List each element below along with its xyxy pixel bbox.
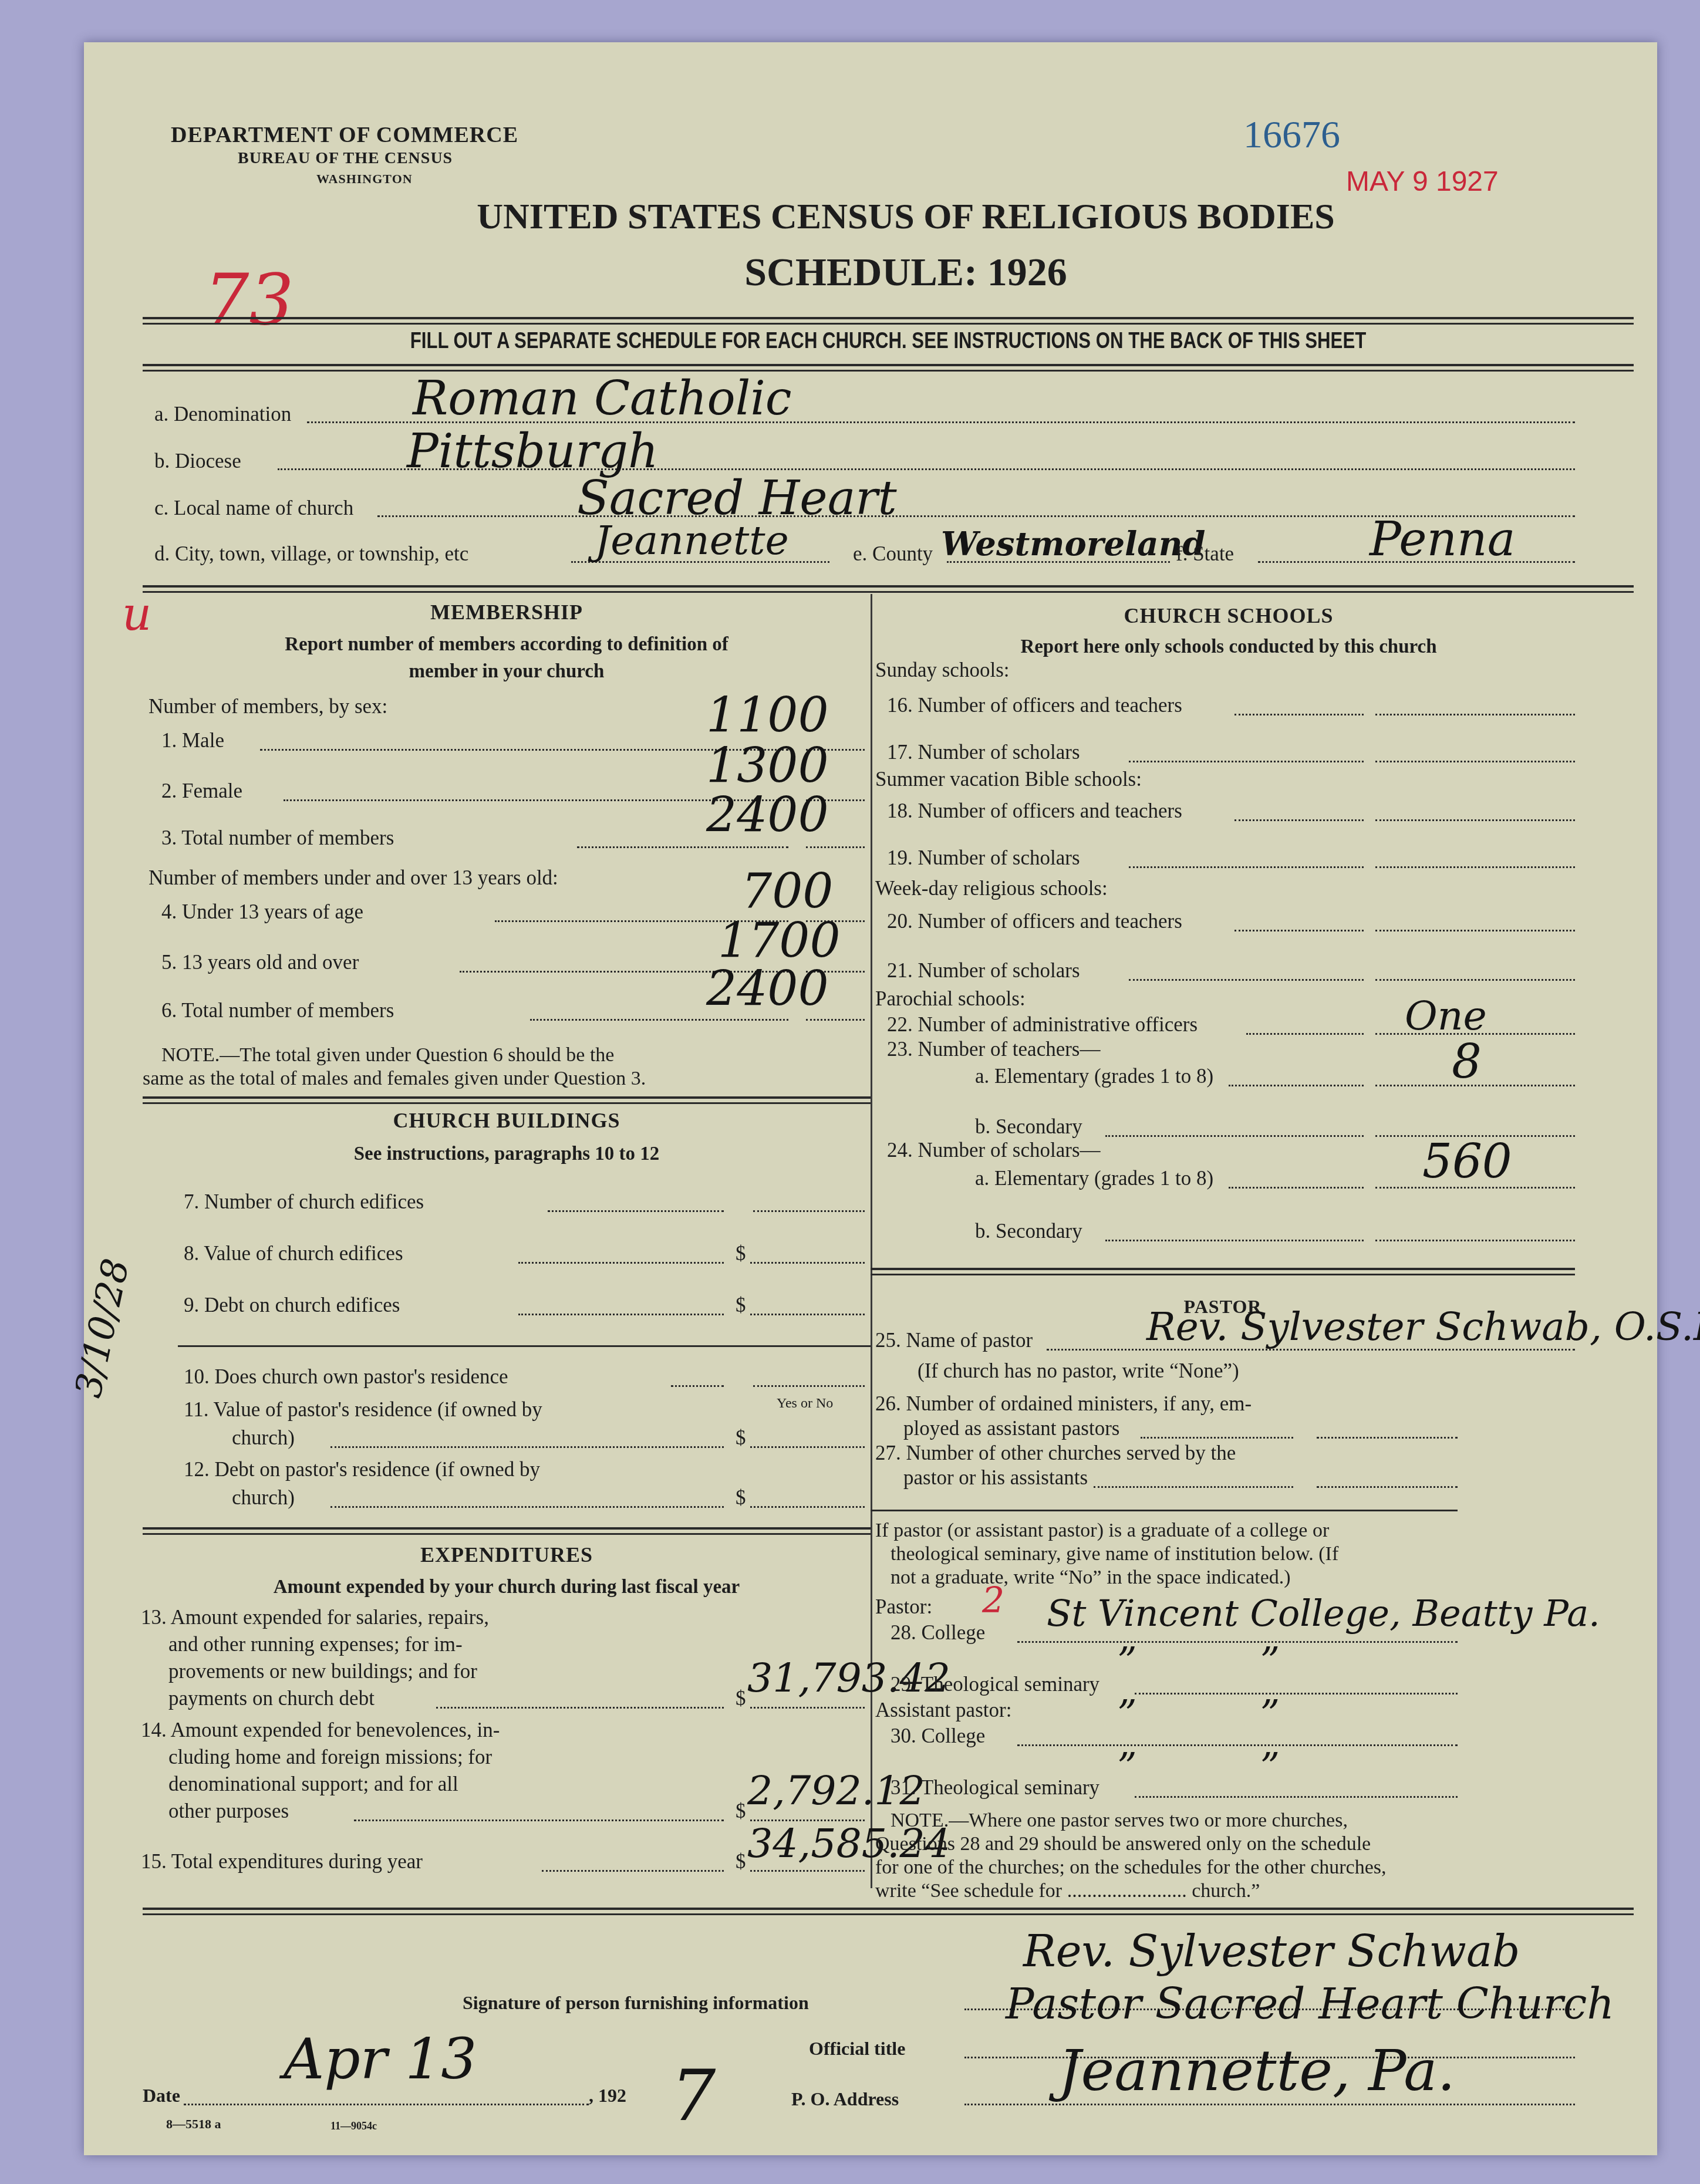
dotted-line xyxy=(806,1019,865,1021)
q23a-value[interactable]: 8 xyxy=(1452,1034,1482,1089)
dotted-line xyxy=(1105,1135,1364,1137)
dotted-line xyxy=(750,1870,865,1872)
q13-label-2: and other running expenses; for im- xyxy=(168,1633,463,1656)
graduate-instruction-3: not a graduate, write “No” in the space … xyxy=(891,1566,1291,1589)
q25-label: 25. Name of pastor xyxy=(875,1329,1033,1352)
print-number: 11—9054c xyxy=(330,2120,377,2132)
dotted-line xyxy=(518,1314,724,1315)
pastor-note-2: Questions 28 and 29 should be answered o… xyxy=(875,1832,1371,1856)
q27-field[interactable] xyxy=(1317,1486,1458,1488)
dollar-sign: $ xyxy=(736,1426,746,1450)
dotted-line xyxy=(1234,819,1364,821)
dotted-line xyxy=(1105,1240,1364,1241)
pastor-subhead: Pastor: xyxy=(875,1595,932,1619)
q9-field[interactable] xyxy=(750,1314,865,1315)
q22-label: 22. Number of administrative officers xyxy=(887,1013,1198,1037)
denomination-label: a. Denomination xyxy=(154,403,291,426)
date-field[interactable]: Apr 13 xyxy=(284,2026,477,2092)
pastor-seminary-field[interactable]: ” ” xyxy=(1117,1639,1280,1684)
divider xyxy=(143,317,1634,319)
signature-label: Signature of person furnishing informati… xyxy=(463,1992,809,2014)
male-count[interactable]: 1100 xyxy=(706,688,829,744)
pastor-note: NOTE.—Where one pastor serves two or mor… xyxy=(891,1809,1348,1832)
q19-field[interactable] xyxy=(1375,866,1575,868)
dotted-line xyxy=(806,846,865,848)
summer-schools-label: Summer vacation Bible schools: xyxy=(875,768,1142,791)
state-label: f. State xyxy=(1176,542,1234,566)
dotted-line xyxy=(750,1707,865,1709)
membership-note: NOTE.—The total given under Question 6 s… xyxy=(161,1044,614,1067)
county-field[interactable]: Westmoreland xyxy=(941,525,1206,563)
q22-value[interactable]: One xyxy=(1405,993,1487,1039)
by-sex-label: Number of members, by sex: xyxy=(149,695,387,718)
department-heading: DEPARTMENT OF COMMERCE xyxy=(171,122,518,148)
total-members-2-label: 6. Total number of members xyxy=(161,999,394,1022)
q21-field[interactable] xyxy=(1375,979,1575,981)
parochial-schools-label: Parochial schools: xyxy=(875,987,1026,1011)
q13-label-3: provements or new buildings; and for xyxy=(168,1660,477,1683)
pastor-note-4: write “See schedule for ................… xyxy=(875,1879,1260,1903)
divider xyxy=(871,1510,1458,1511)
dotted-line xyxy=(1234,714,1364,715)
q30-label: 30. College xyxy=(891,1724,985,1748)
year-digit-field[interactable]: 7 xyxy=(671,2055,716,2137)
q20-field[interactable] xyxy=(1375,930,1575,931)
schools-subtitle: Report here only schools conducted by th… xyxy=(882,636,1575,658)
yes-or-no-hint: Yes or No xyxy=(777,1396,833,1412)
dotted-line xyxy=(548,1210,724,1212)
dollar-sign: $ xyxy=(736,1486,746,1510)
q18-field[interactable] xyxy=(1375,819,1575,821)
dotted-line xyxy=(436,1707,724,1709)
male-label: 1. Male xyxy=(161,729,224,752)
dotted-line xyxy=(518,1262,724,1264)
q14-label: 14. Amount expended for benevolences, in… xyxy=(141,1719,500,1742)
stamp-number: 16676 xyxy=(1243,113,1340,157)
dotted-line xyxy=(1246,1033,1364,1035)
margin-date-note: 3/10/28 xyxy=(66,1255,137,1401)
form-number: 8—5518 a xyxy=(166,2117,221,2132)
fill-out-instruction: FILL OUT A SEPARATE SCHEDULE FOR EACH CH… xyxy=(277,329,1500,354)
dotted-line xyxy=(1094,1486,1293,1488)
dotted-line xyxy=(671,1385,724,1387)
pastor-note-3: for one of the churches; on the schedule… xyxy=(875,1856,1386,1879)
q8-label: 8. Value of church edifices xyxy=(184,1242,403,1265)
q7-field xyxy=(753,1210,865,1212)
dotted-line xyxy=(354,1820,724,1821)
signature-field[interactable]: Rev. Sylvester Schwab xyxy=(1023,1926,1520,1977)
q14-label-2: cluding home and foreign missions; for xyxy=(168,1746,492,1769)
q19-label: 19. Number of scholars xyxy=(887,846,1080,870)
q23a-label: a. Elementary (grades 1 to 8) xyxy=(975,1065,1213,1088)
q24-label: 24. Number of scholars— xyxy=(887,1139,1101,1162)
divider xyxy=(143,364,1634,366)
pastor-name-field[interactable]: Rev. Sylvester Schwab, O.S.B. xyxy=(1146,1304,1700,1349)
q13-label: 13. Amount expended for salaries, repair… xyxy=(141,1606,489,1629)
dollar-sign: $ xyxy=(736,1294,746,1317)
q18-label: 18. Number of officers and teachers xyxy=(887,799,1182,823)
city-field[interactable]: Jeannette xyxy=(595,518,789,564)
q9-label: 9. Debt on church edifices xyxy=(184,1294,400,1317)
female-label: 2. Female xyxy=(161,779,242,803)
q26-label-2: ployed as assistant pastors xyxy=(903,1417,1119,1440)
dotted-line xyxy=(1129,979,1364,981)
q16-field[interactable] xyxy=(1375,714,1575,715)
q17-field[interactable] xyxy=(1375,761,1575,762)
divider xyxy=(143,1908,1634,1910)
q23-label: 23. Number of teachers— xyxy=(887,1038,1100,1061)
dotted-line xyxy=(1129,866,1364,868)
dotted-line xyxy=(530,1019,788,1021)
q10-label: 10. Does church own pastor's residence xyxy=(184,1365,508,1389)
assistant-pastor-subhead: Assistant pastor: xyxy=(875,1699,1011,1722)
dotted-line xyxy=(1135,1796,1458,1798)
dotted-line xyxy=(577,846,788,848)
q29-label: 29. Theological seminary xyxy=(891,1673,1099,1696)
pastor-red-mark: 2 xyxy=(982,1580,1004,1621)
q27-label: 27. Number of other churches served by t… xyxy=(875,1442,1236,1465)
divider xyxy=(143,585,1634,588)
dotted-line xyxy=(964,2104,1575,2105)
q26-label: 26. Number of ordained ministers, if any… xyxy=(875,1392,1252,1416)
q17-label: 17. Number of scholars xyxy=(887,741,1080,764)
q11-field[interactable] xyxy=(750,1446,865,1448)
over-13-label: 5. 13 years old and over xyxy=(161,951,359,974)
q11-label-2: church) xyxy=(232,1426,295,1450)
membership-subtitle-2: member in your church xyxy=(143,661,871,683)
schedule-title: SCHEDULE: 1926 xyxy=(348,249,1463,295)
q23b-label: b. Secondary xyxy=(975,1115,1082,1139)
graduate-instruction-2: theological seminary, give name of insti… xyxy=(891,1542,1338,1566)
q24a-value[interactable]: 560 xyxy=(1422,1134,1512,1189)
q27-label-2: pastor or his assistants xyxy=(903,1466,1088,1490)
sunday-schools-label: Sunday schools: xyxy=(875,659,1009,682)
total-members-2-count[interactable]: 2400 xyxy=(706,961,829,1017)
age-group-label: Number of members under and over 13 year… xyxy=(149,866,558,890)
buildings-subtitle: See instructions, paragraphs 10 to 12 xyxy=(143,1143,871,1165)
bureau-heading: BUREAU OF THE CENSUS xyxy=(238,149,453,168)
q12-label: 12. Debt on pastor's residence (if owned… xyxy=(184,1458,540,1481)
po-address-label: P. O. Address xyxy=(791,2088,899,2110)
total-members-label: 3. Total number of members xyxy=(161,826,394,850)
po-address-field[interactable]: Jeannette, Pa. xyxy=(1058,2038,1455,2104)
divider xyxy=(178,1345,871,1347)
city-heading: WASHINGTON xyxy=(316,171,413,187)
assistant-seminary-field[interactable]: ” ” xyxy=(1117,1744,1280,1790)
received-date-stamp: MAY 9 1927 xyxy=(1346,166,1499,198)
denomination-field[interactable]: Roman Catholic xyxy=(413,371,792,426)
schools-title: CHURCH SCHOOLS xyxy=(882,603,1575,628)
q15-label: 15. Total expenditures during year xyxy=(141,1850,423,1874)
q13-label-4: payments on church debt xyxy=(168,1687,375,1710)
official-title-field[interactable]: Pastor Sacred Heart Church xyxy=(1006,1979,1614,2028)
dotted-line xyxy=(330,1506,724,1508)
divider xyxy=(143,1096,871,1099)
dollar-sign: $ xyxy=(736,1800,746,1823)
official-title-label: Official title xyxy=(809,2038,905,2060)
dotted-line xyxy=(1229,1187,1364,1189)
under-13-label: 4. Under 13 years of age xyxy=(161,900,363,924)
q24a-label: a. Elementary (grades 1 to 8) xyxy=(975,1167,1213,1190)
q20-label: 20. Number of officers and teachers xyxy=(887,910,1182,933)
q12-field[interactable] xyxy=(750,1506,865,1508)
weekday-schools-label: Week-day religious schools: xyxy=(875,877,1108,900)
dotted-line xyxy=(1129,761,1364,762)
dotted-line xyxy=(542,1870,724,1872)
q31-label: 31. Theological seminary xyxy=(891,1776,1099,1800)
city-label: d. City, town, village, or township, etc xyxy=(154,542,468,566)
q26-field[interactable] xyxy=(1317,1437,1458,1439)
dollar-sign: $ xyxy=(736,1850,746,1874)
divider xyxy=(871,1268,1575,1270)
assistant-college-field[interactable]: ” ” xyxy=(1117,1692,1280,1737)
q7-label: 7. Number of church edifices xyxy=(184,1190,424,1214)
total-members-count[interactable]: 2400 xyxy=(706,788,829,843)
q21-label: 21. Number of scholars xyxy=(887,959,1080,983)
q11-label: 11. Value of pastor's residence (if owne… xyxy=(184,1398,542,1422)
q24b-label: b. Secondary xyxy=(975,1220,1082,1243)
county-label: e. County xyxy=(853,542,933,566)
divider xyxy=(143,1527,871,1530)
q14-label-4: other purposes xyxy=(168,1800,289,1823)
expenditures-subtitle: Amount expended by your church during la… xyxy=(143,1577,871,1598)
graduate-instruction: If pastor (or assistant pastor) is a gra… xyxy=(875,1519,1329,1542)
membership-title: MEMBERSHIP xyxy=(143,600,871,625)
dotted-line xyxy=(1234,930,1364,931)
under-13-count[interactable]: 700 xyxy=(741,864,834,920)
q24b-field[interactable] xyxy=(1375,1240,1575,1241)
date-label: Date xyxy=(143,2085,180,2107)
q16-label: 16. Number of officers and teachers xyxy=(887,694,1182,717)
expenditures-title: EXPENDITURES xyxy=(143,1542,871,1567)
dotted-line xyxy=(184,2104,589,2105)
membership-subtitle: Report number of members according to de… xyxy=(143,634,871,656)
diocese-label: b. Diocese xyxy=(154,450,241,473)
q14-label-3: denominational support; and for all xyxy=(168,1773,458,1796)
q10-field[interactable] xyxy=(753,1385,865,1387)
membership-note-2: same as the total of males and females g… xyxy=(143,1067,646,1091)
dotted-line xyxy=(1141,1437,1293,1439)
local-name-label: c. Local name of church xyxy=(154,497,353,520)
dotted-line xyxy=(1229,1085,1364,1086)
no-pastor-hint: (If church has no pastor, write “None”) xyxy=(918,1359,1239,1383)
q28-label: 28. College xyxy=(891,1621,985,1645)
census-schedule-sheet: DEPARTMENT OF COMMERCE BUREAU OF THE CEN… xyxy=(84,42,1657,2155)
pastor-college-field[interactable]: St Vincent College, Beatty Pa. xyxy=(1047,1592,1600,1635)
dollar-sign: $ xyxy=(736,1687,746,1710)
buildings-title: CHURCH BUILDINGS xyxy=(143,1108,871,1133)
year-prefix: , 192 xyxy=(589,2085,626,2107)
dotted-line xyxy=(330,1446,724,1448)
female-count[interactable]: 1300 xyxy=(706,738,829,794)
q8-field[interactable] xyxy=(750,1262,865,1264)
form-title: UNITED STATES CENSUS OF RELIGIOUS BODIES xyxy=(348,196,1463,238)
over-13-count[interactable]: 1700 xyxy=(718,913,841,969)
dollar-sign: $ xyxy=(736,1242,746,1265)
state-field[interactable]: Penna xyxy=(1370,512,1515,566)
q12-label-2: church) xyxy=(232,1486,295,1510)
